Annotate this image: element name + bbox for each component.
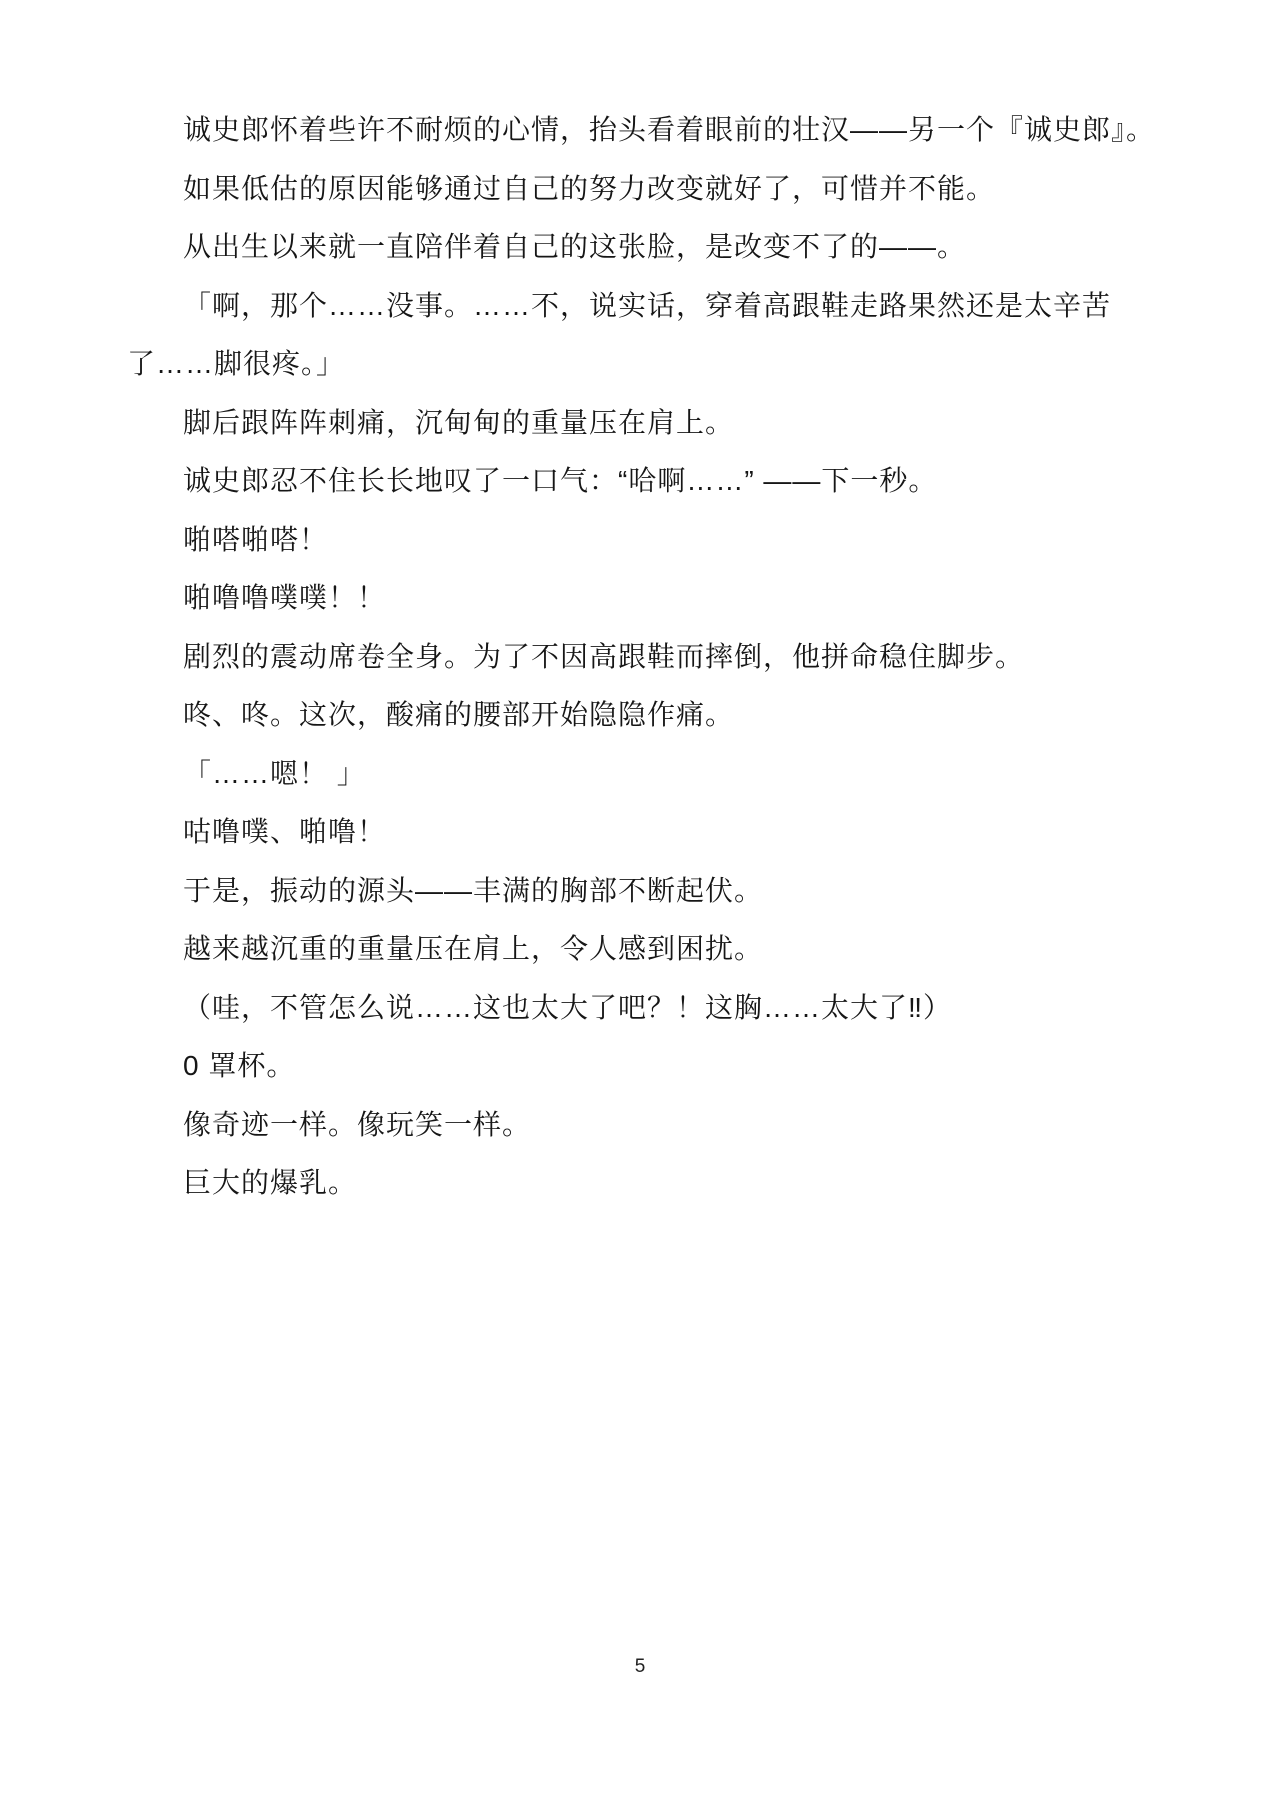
text-line: 咕噜噗、啪噜！ xyxy=(127,807,1159,857)
text-line: 巨大的爆乳。 xyxy=(127,1158,1159,1208)
text-line: 于是，振动的源头——丰满的胸部不断起伏。 xyxy=(127,866,1159,916)
page-number: 5 xyxy=(0,1655,1280,1679)
text-line: 诚史郎怀着些许不耐烦的心情，抬头看着眼前的壮汉——另一个『诚史郎』。 xyxy=(127,105,1159,155)
text-line: 越来越沉重的重量压在肩上，令人感到困扰。 xyxy=(127,924,1159,974)
text-line: 诚史郎忍不住长长地叹了一口气：“哈啊……” ——下一秒。 xyxy=(127,456,1159,506)
text-line: 啪嗒啪嗒！ xyxy=(127,515,1159,565)
text-line: 咚、咚。这次，酸痛的腰部开始隐隐作痛。 xyxy=(127,690,1159,740)
text-line: 0 罩杯。 xyxy=(127,1041,1159,1091)
text-line: 脚后跟阵阵刺痛，沉甸甸的重量压在肩上。 xyxy=(127,398,1159,448)
document-page: 诚史郎怀着些许不耐烦的心情，抬头看着眼前的壮汉——另一个『诚史郎』。如果低估的原… xyxy=(0,0,1280,1810)
text-line: 了……脚很疼。」 xyxy=(127,339,1159,389)
text-line: 像奇迹一样。像玩笑一样。 xyxy=(127,1100,1159,1150)
text-line: 如果低估的原因能够通过自己的努力改变就好了，可惜并不能。 xyxy=(127,164,1159,214)
text-line: 从出生以来就一直陪伴着自己的这张脸，是改变不了的——。 xyxy=(127,222,1159,272)
text-line: 啪噜噜噗噗！！ xyxy=(127,573,1159,623)
text-line: 「啊，那个……没事。……不，说实话，穿着高跟鞋走路果然还是太辛苦 xyxy=(127,281,1159,331)
text-line: （哇，不管怎么说……这也太大了吧？！这胸……太大了‼） xyxy=(127,983,1159,1033)
text-block: 诚史郎怀着些许不耐烦的心情，抬头看着眼前的壮汉——另一个『诚史郎』。如果低估的原… xyxy=(127,105,1159,1217)
text-line: 剧烈的震动席卷全身。为了不因高跟鞋而摔倒，他拼命稳住脚步。 xyxy=(127,632,1159,682)
text-line: 「……嗯！ 」 xyxy=(127,749,1159,799)
